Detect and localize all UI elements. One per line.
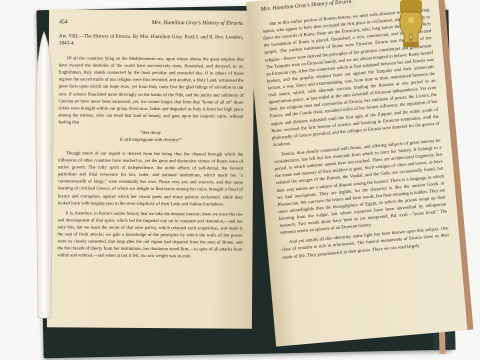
block-quote: "Her decay Is still impregnate with divi…	[58, 129, 243, 144]
running-head-left: 454 Mrs. Hamilton Gray's History of Etru…	[59, 19, 244, 26]
paragraph: It is, therefore, in Rome's earlier hist…	[57, 209, 242, 260]
left-page: 454 Mrs. Hamilton Gray's History of Etru…	[47, 9, 254, 328]
brass-clip-icon	[394, 0, 428, 48]
page-number: 454	[59, 19, 68, 25]
paragraph: Etruria, thus closely connected with Rom…	[273, 137, 448, 237]
paper-knife-bookmark-icon	[32, 30, 56, 320]
photo-scene: 454 Mrs. Hamilton Gray's History of Etru…	[0, 0, 480, 360]
article-heading: Art. VIII.—The History of Etruria. By Mr…	[59, 33, 244, 48]
running-title: Mrs. Hamilton Gray's History of Etruria.	[260, 0, 353, 13]
paragraph: Of all the countries lying on the Medite…	[58, 54, 243, 126]
right-page: Mrs. Hamilton Gray's History of Etruria.…	[246, 0, 473, 347]
quote-line: Is still impregnate with divinity?"	[58, 136, 243, 144]
running-title: Mrs. Hamilton Gray's History of Etruria.	[152, 20, 244, 27]
paragraph: Though much of our regard is derived fro…	[58, 149, 243, 207]
